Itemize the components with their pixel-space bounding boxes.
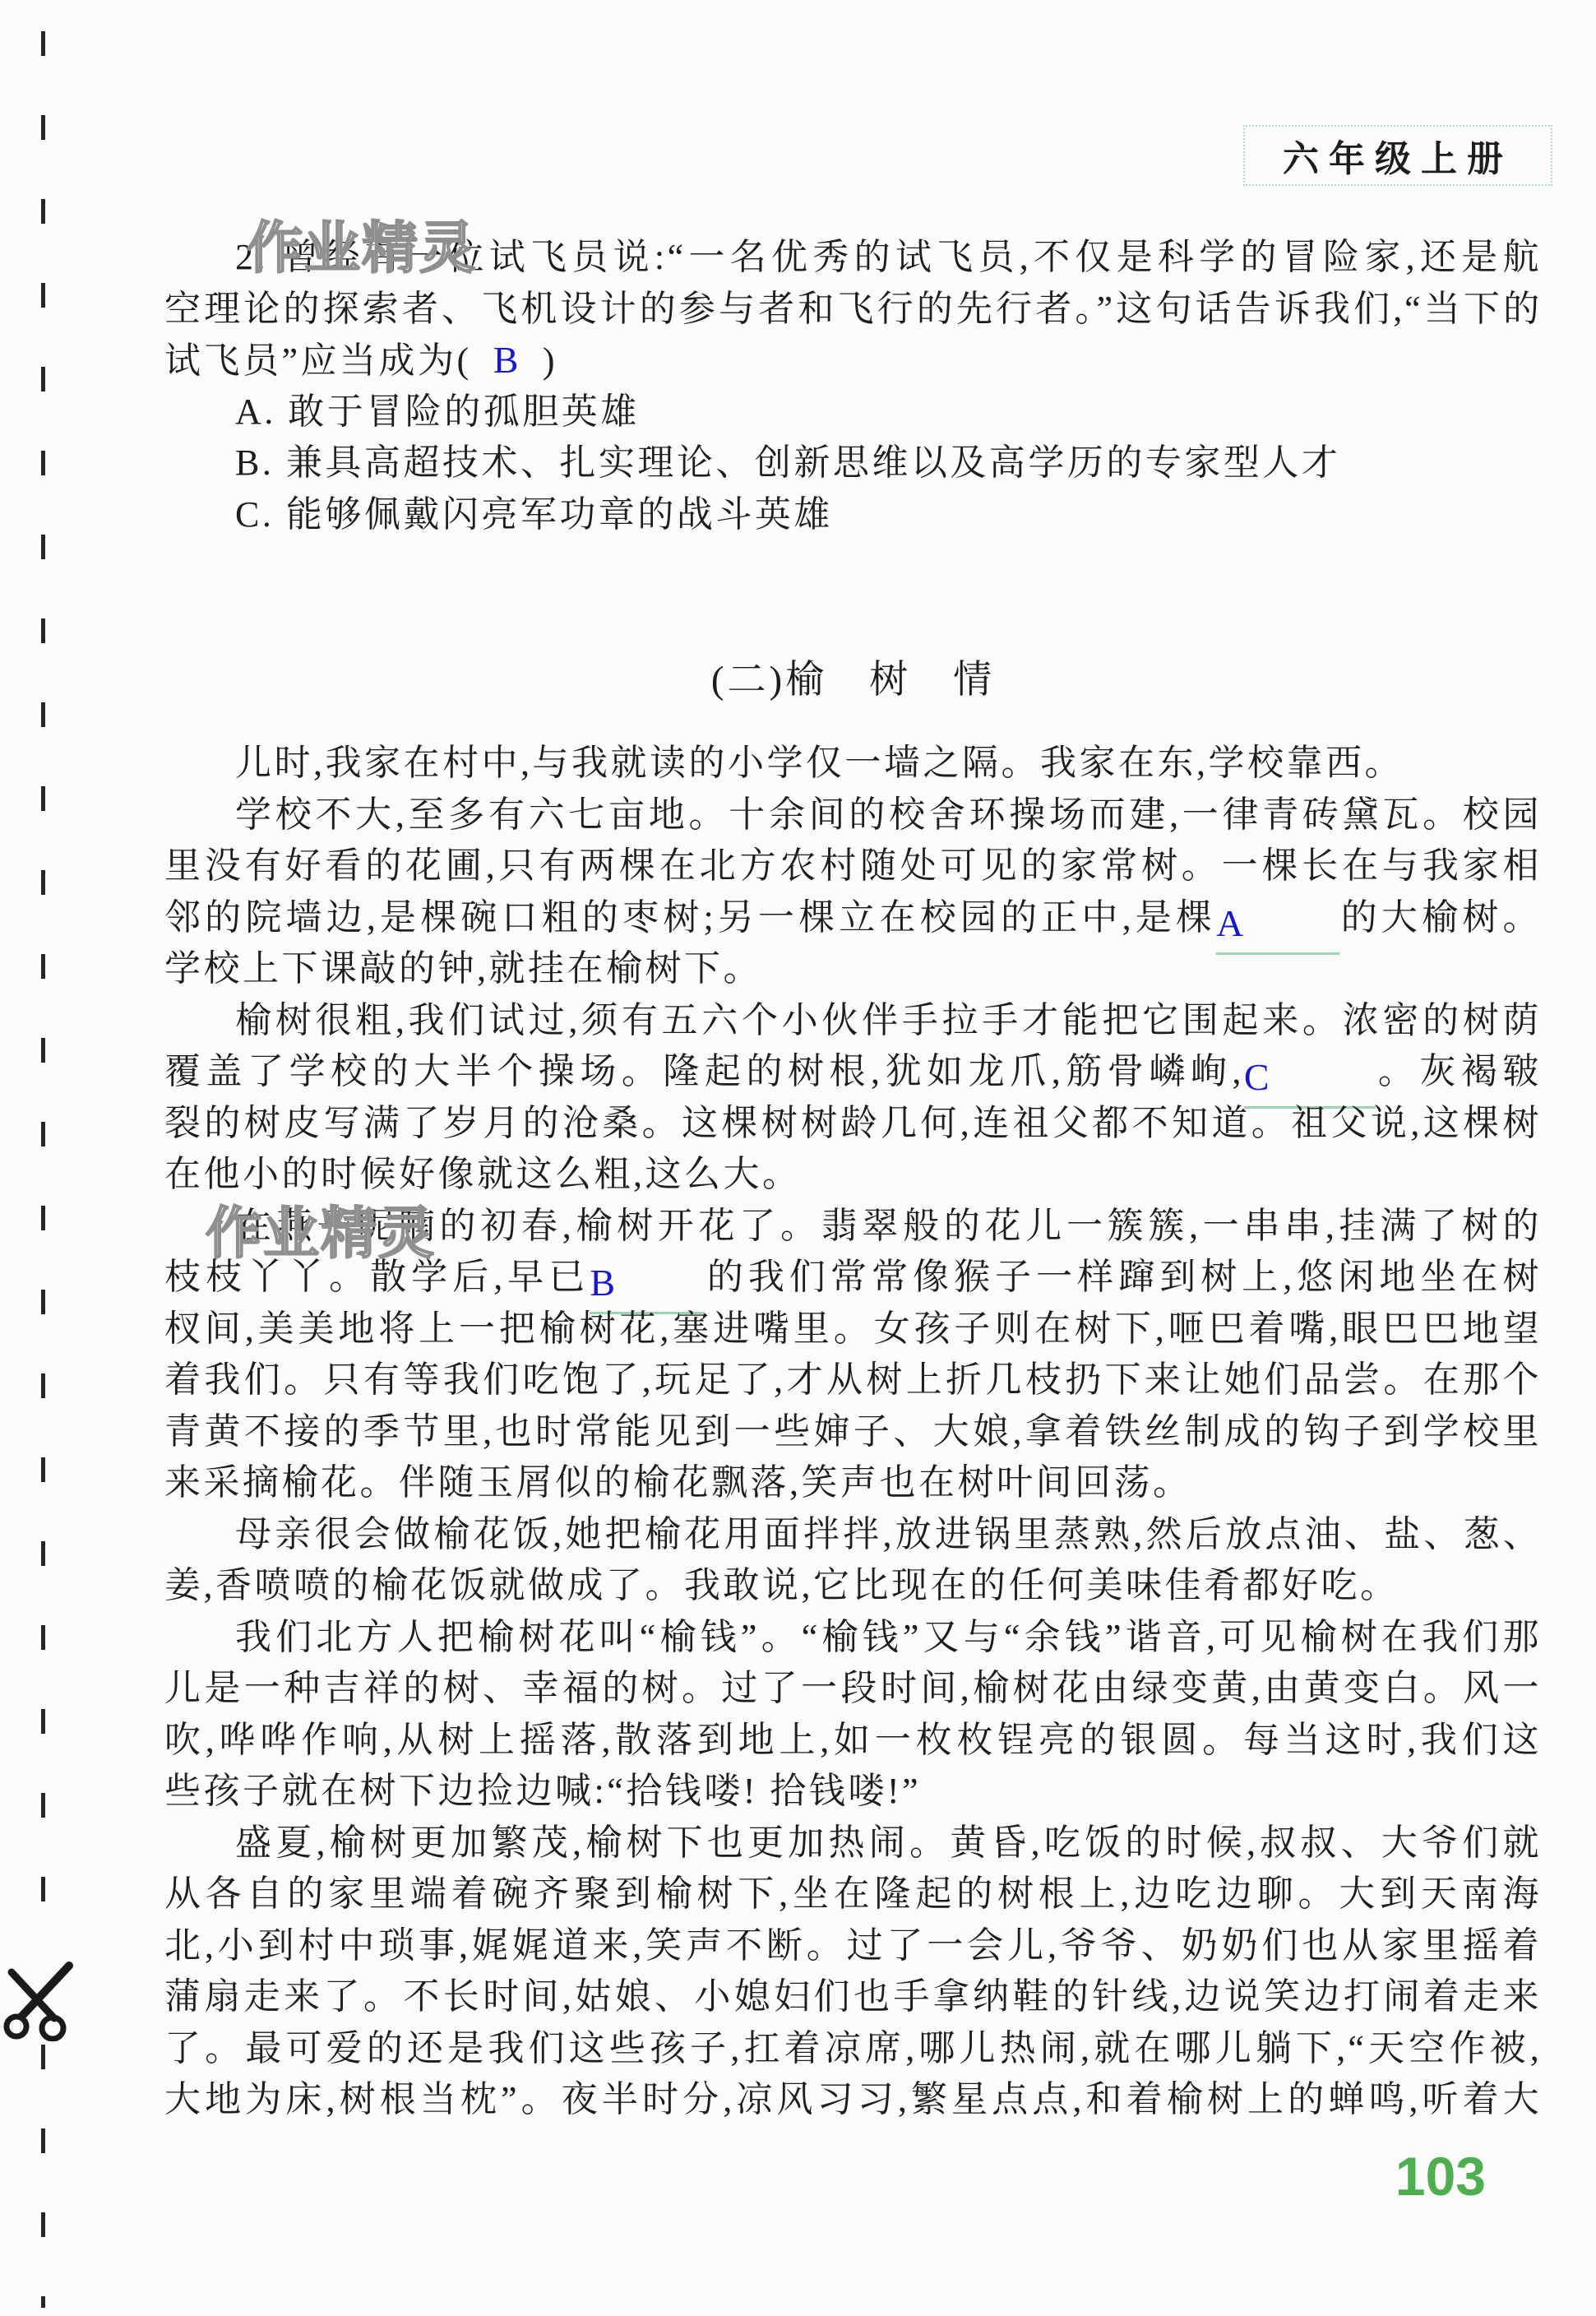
- passage-line: 我们北方人把榆树花叫“榆钱”。“榆钱”又与“余钱”谐音,可见榆树在我们那: [164, 1612, 1542, 1664]
- passage-line: 些孩子就在树下边捡边喊:“拾钱喽! 拾钱喽!”: [164, 1766, 1542, 1818]
- answer-letter: B: [472, 339, 543, 381]
- answer-letter: A: [1216, 902, 1243, 944]
- passage-line: 覆盖了学校的大半个操场。隆起的树根,犹如龙爪,筋骨嶙峋,C。灰褐皲: [164, 1046, 1542, 1098]
- grade-badge-label: 六年级上册: [1283, 129, 1513, 182]
- passage-line: 邻的院墙边,是棵碗口粗的枣树;另一棵立在校园的正中,是棵A的大榆树。: [164, 892, 1542, 944]
- choice-line: B. 兼具高超技术、扎实理论、创新思维以及高学历的专家型人才: [164, 438, 1542, 489]
- passage-line: 大地为床,树根当枕”。夜半时分,凉风习习,繁星点点,和着榆树上的蝉鸣,听着大: [164, 2074, 1542, 2126]
- answer-letter: C: [1244, 1056, 1270, 1098]
- passage-line: 北,小到村中琐事,娓娓道来,笑声不断。过了一会儿,爷爷、奶奶们也从家里摇着: [164, 1920, 1542, 1972]
- passage-title: (二)榆 树 情: [164, 654, 1542, 706]
- passage-line: 在他小的时候好像就这么粗,这么大。: [164, 1149, 1542, 1201]
- choice-line: A. 敢于冒险的孤胆英雄: [164, 387, 1542, 438]
- workbook-page: 六年级上册 作业精灵 作业精灵 2. 曾经有一位试飞员说:“一名优秀的试飞员,不…: [0, 0, 1596, 2316]
- passage-line: 从各自的家里端着碗齐聚到榆树下,坐在隆起的树根上,边吃边聊。大到天南海: [164, 1869, 1542, 1920]
- question-line: 2. 曾经有一位试飞员说:“一名优秀的试飞员,不仅是科学的冒险家,还是航: [164, 232, 1542, 284]
- passage-line: 盛夏,榆树更加繁茂,榆树下也更加热闹。黄昏,吃饭的时候,叔叔、大爷们就: [164, 1818, 1542, 1869]
- scissors-icon: [3, 1959, 81, 2041]
- passage-line: 着我们。只有等我们吃饱了,玩足了,才从树上折几枝扔下来让她们品尝。在那个: [164, 1355, 1542, 1406]
- passage-line: 里没有好看的花圃,只有两棵在北方农村随处可见的家常树。一棵长在与我家相: [164, 841, 1542, 892]
- page-content: 2. 曾经有一位试飞员说:“一名优秀的试飞员,不仅是科学的冒险家,还是航空理论的…: [164, 232, 1542, 2126]
- passage-line: 吹,哗哗作响,从树上摇落,散落到地上,如一枚枚锃亮的银圆。每当这时,我们这: [164, 1715, 1542, 1767]
- answer-letter: B: [590, 1262, 615, 1304]
- passage-line: 在燕子呢喃的初春,榆树开花了。翡翠般的花儿一簇簇,一串串,挂满了树的: [164, 1201, 1542, 1253]
- question-line: 试飞员”应当成为(B): [164, 335, 1542, 387]
- passage-line: 姜,香喷喷的榆花饭就做成了。我敢说,它比现在的任何美味佳肴都好吃。: [164, 1560, 1542, 1612]
- passage-line: 母亲很会做榆花饭,她把榆花用面拌拌,放进锅里蒸熟,然后放点油、盐、葱、: [164, 1509, 1542, 1561]
- passage-line: 榆树很粗,我们试过,须有五六个小伙伴手拉手才能把它围起来。浓密的树荫: [164, 995, 1542, 1047]
- passage-line: 枝枝丫丫。散学后,早已B的我们常常像猴子一样蹿到树上,悠闲地坐在树: [164, 1252, 1542, 1304]
- page-number: 103: [1395, 2145, 1486, 2207]
- question-line: 空理论的探索者、飞机设计的参与者和飞行的先行者。”这句话告诉我们,“当下的: [164, 284, 1542, 336]
- passage-line: 来采摘榆花。伴随玉屑似的榆花飘落,笑声也在树叶间回荡。: [164, 1457, 1542, 1509]
- choice-line: C. 能够佩戴闪亮军功章的战斗英雄: [164, 489, 1542, 541]
- passage-line: 学校不大,至多有六七亩地。十余间的校舍环操场而建,一律青砖黛瓦。校园: [164, 790, 1542, 841]
- passage-line: 儿是一种吉祥的树、幸福的树。过了一段时间,榆树花由绿变黄,由黄变白。风一: [164, 1663, 1542, 1715]
- passage-line: 儿时,我家在村中,与我就读的小学仅一墙之隔。我家在东,学校靠西。: [164, 738, 1542, 790]
- answer-blank: A: [1216, 905, 1339, 955]
- passage-line: 杈间,美美地将上一把榆树花,塞进嘴里。女孩子则在树下,咂巴着嘴,眼巴巴地望: [164, 1304, 1542, 1355]
- passage-line: 青黄不接的季节里,也时常能见到一些婶子、大娘,拿着铁丝制成的钩子到学校里: [164, 1406, 1542, 1458]
- grade-badge: 六年级上册: [1243, 125, 1552, 186]
- passage-line: 裂的树皮写满了岁月的沧桑。这棵树树龄几何,连祖父都不知道。祖父说,这棵树: [164, 1098, 1542, 1150]
- passage-line: 了。最可爱的还是我们这些孩子,扛着凉席,哪儿热闹,就在哪儿躺下,“天空作被,: [164, 2023, 1542, 2075]
- passage-line: 蒲扇走来了。不长时间,姑娘、小媳妇们也手拿纳鞋的针线,边说笑边打闹着走来: [164, 1971, 1542, 2023]
